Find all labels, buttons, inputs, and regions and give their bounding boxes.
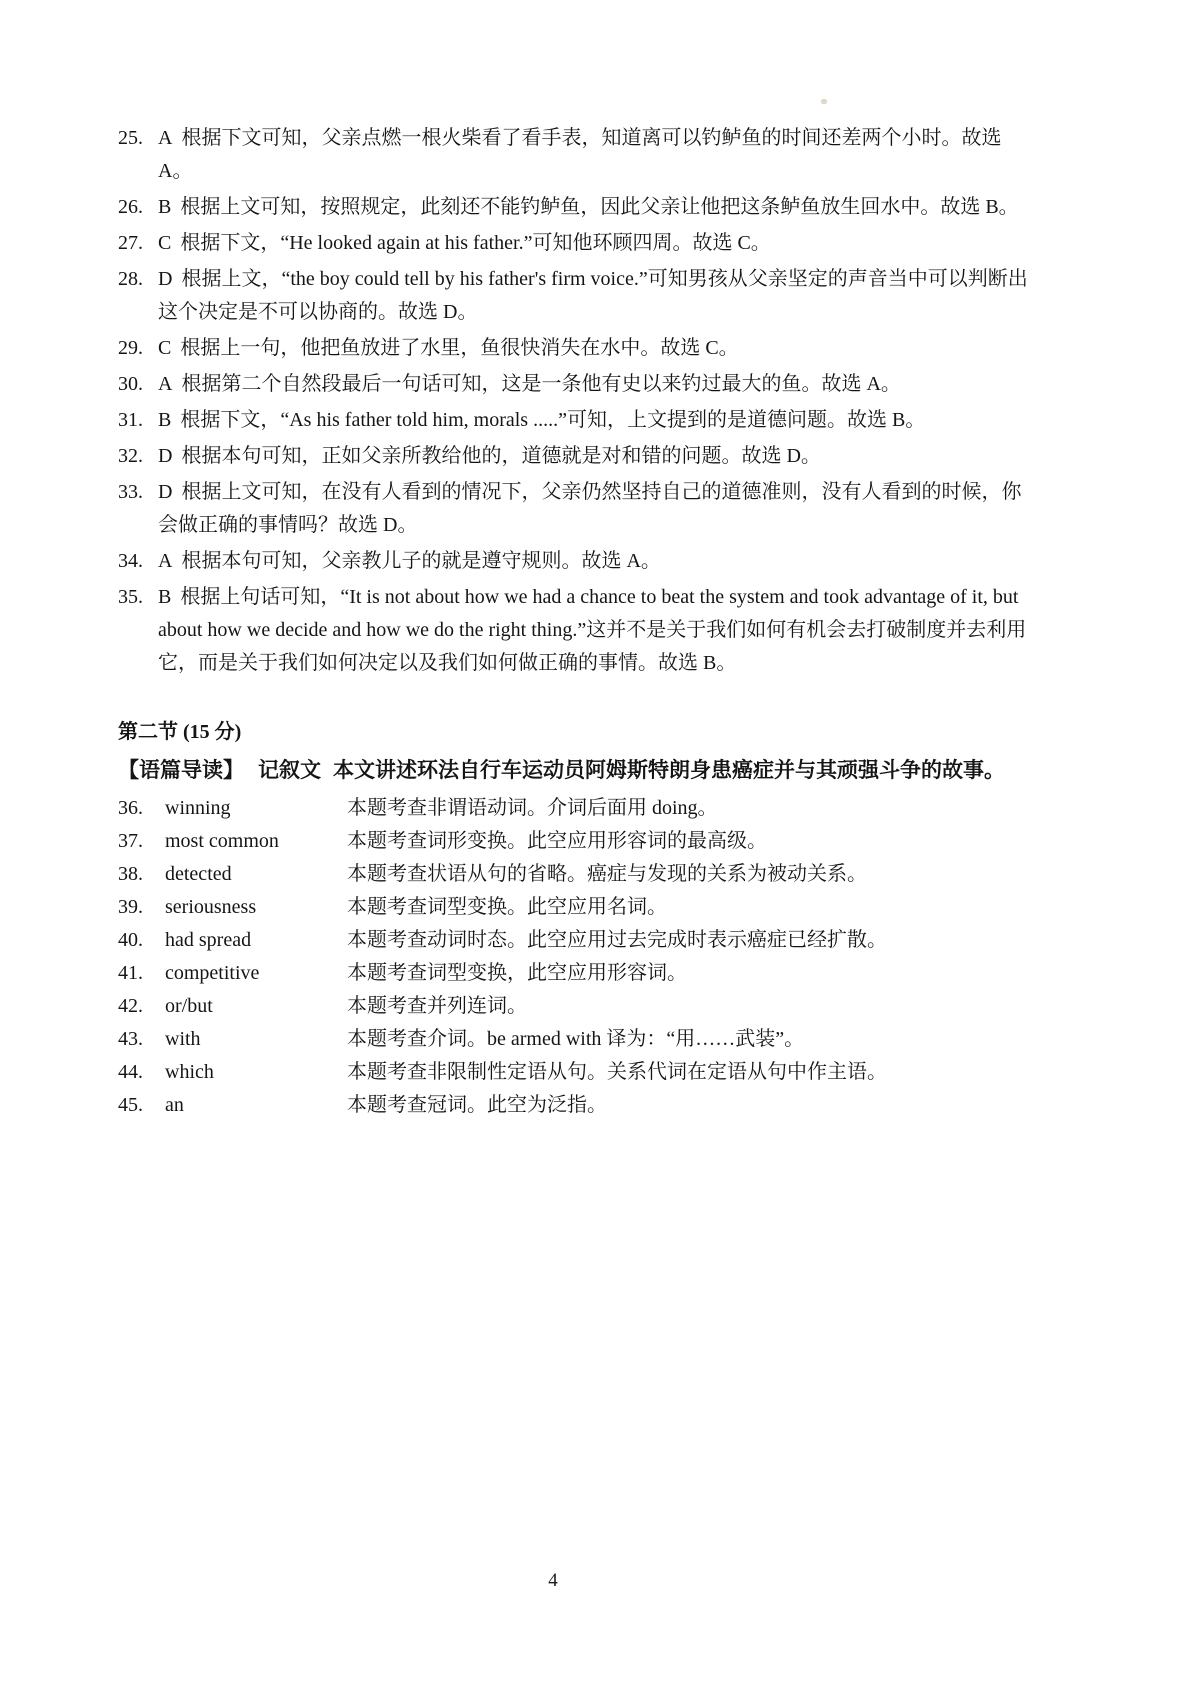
answer-item: 32.D根据本句可知，正如父亲所教给他的，道德就是对和错的问题。故选 D。 [118, 440, 1032, 473]
answer-item: 36.winning本题考查非谓语动词。介词后面用 doing。 [118, 792, 1032, 825]
answer-word: most common [165, 825, 347, 858]
item-explanation: 根据下文，“He looked again at his father.”可知他… [180, 232, 770, 254]
item-number: 33. [118, 476, 158, 542]
answer-letter: B [158, 196, 171, 218]
answer-letter: C [158, 337, 171, 359]
item-number: 31. [118, 404, 158, 437]
item-number: 29. [118, 332, 158, 365]
answer-letter: A [158, 550, 172, 572]
answer-letter: B [158, 586, 171, 608]
item-number: 37. [118, 825, 165, 858]
answer-letter: D [158, 268, 172, 290]
item-body: B根据上文可知，按照规定，此刻还不能钓鲈鱼，因此父亲让他把这条鲈鱼放生回水中。故… [158, 191, 1032, 224]
item-body: C根据下文，“He looked again at his father.”可知… [158, 227, 1032, 260]
intro-summary: 本文讲述环法自行车运动员阿姆斯特朗身患癌症并与其顽强斗争的故事。 [333, 758, 1005, 782]
item-explanation: 本题考查介词。be armed with 译为：“用……武装”。 [347, 1023, 1032, 1056]
answer-item: 43.with本题考查介词。be armed with 译为：“用……武装”。 [118, 1023, 1032, 1056]
item-body: B根据上句话可知，“It is not about how we had a c… [158, 581, 1032, 680]
item-number: 28. [118, 263, 158, 329]
item-body: A根据第二个自然段最后一句话可知，这是一条他有史以来钓过最大的鱼。故选 A。 [158, 368, 1032, 401]
scan-artifact [821, 99, 827, 104]
item-body: D根据上文，“the boy could tell by his father'… [158, 263, 1032, 329]
item-explanation: 本题考查动词时态。此空应用过去完成时表示癌症已经扩散。 [347, 924, 1032, 957]
item-explanation: 根据第二个自然段最后一句话可知，这是一条他有史以来钓过最大的鱼。故选 A。 [181, 373, 900, 395]
intro-tag: 【语篇导读】 [118, 758, 244, 782]
answer-list-grammar: 36.winning本题考查非谓语动词。介词后面用 doing。37.most … [118, 792, 1032, 1122]
answer-letter: D [158, 481, 172, 503]
item-explanation: 本题考查词型变换，此空应用形容词。 [347, 957, 1032, 990]
item-body: D根据本句可知，正如父亲所教给他的，道德就是对和错的问题。故选 D。 [158, 440, 1032, 473]
answer-item: 39.seriousness本题考查词型变换。此空应用名词。 [118, 891, 1032, 924]
item-explanation: 本题考查非谓语动词。介词后面用 doing。 [347, 792, 1032, 825]
item-body: B根据下文，“As his father told him, morals ..… [158, 404, 1032, 437]
item-number: 25. [118, 122, 158, 188]
answer-word: with [165, 1023, 347, 1056]
answer-item: 38.detected本题考查状语从句的省略。癌症与发现的关系为被动关系。 [118, 858, 1032, 891]
item-number: 26. [118, 191, 158, 224]
answer-item: 42.or/but本题考查并列连词。 [118, 990, 1032, 1023]
item-number: 38. [118, 858, 165, 891]
item-explanation: 根据上文可知，在没有人看到的情况下，父亲仍然坚持自己的道德准则，没有人看到的时候… [158, 481, 1021, 536]
answer-item: 45.an本题考查冠词。此空为泛指。 [118, 1089, 1032, 1122]
item-body: A根据本句可知，父亲教儿子的就是遵守规则。故选 A。 [158, 545, 1032, 578]
item-explanation: 根据上文可知，按照规定，此刻还不能钓鲈鱼，因此父亲让他把这条鲈鱼放生回水中。故选… [180, 196, 1018, 218]
item-number: 41. [118, 957, 165, 990]
item-explanation: 根据下文，“As his father told him, morals ...… [180, 409, 925, 431]
item-body: A根据下文可知，父亲点燃一根火柴看了看手表，知道离可以钓鲈鱼的时间还差两个小时。… [158, 122, 1032, 188]
item-explanation: 本题考查并列连词。 [347, 990, 1032, 1023]
section2-heading: 第二节 (15 分) [118, 716, 1032, 749]
answer-item: 44.which本题考查非限制性定语从句。关系代词在定语从句中作主语。 [118, 1056, 1032, 1089]
item-number: 43. [118, 1023, 165, 1056]
answer-word: winning [165, 792, 347, 825]
item-number: 44. [118, 1056, 165, 1089]
answer-item: 37.most common本题考查词形变换。此空应用形容词的最高级。 [118, 825, 1032, 858]
answer-word: competitive [165, 957, 347, 990]
answer-word: seriousness [165, 891, 347, 924]
answer-word: or/but [165, 990, 347, 1023]
item-explanation: 根据本句可知，正如父亲所教给他的，道德就是对和错的问题。故选 D。 [181, 445, 820, 467]
item-number: 34. [118, 545, 158, 578]
item-explanation: 本题考查冠词。此空为泛指。 [347, 1089, 1032, 1122]
item-explanation: 本题考查词形变换。此空应用形容词的最高级。 [347, 825, 1032, 858]
answer-item: 28.D根据上文，“the boy could tell by his fath… [118, 263, 1032, 329]
answer-item: 34.A根据本句可知，父亲教儿子的就是遵守规则。故选 A。 [118, 545, 1032, 578]
answer-item: 41.competitive本题考查词型变换，此空应用形容词。 [118, 957, 1032, 990]
answer-item: 29.C根据上一句，他把鱼放进了水里，鱼很快消失在水中。故选 C。 [118, 332, 1032, 365]
item-explanation: 根据上句话可知，“It is not about how we had a ch… [158, 586, 1026, 674]
item-explanation: 根据本句可知，父亲教儿子的就是遵守规则。故选 A。 [181, 550, 660, 572]
item-number: 36. [118, 792, 165, 825]
item-number: 35. [118, 581, 158, 680]
answer-item: 31.B根据下文，“As his father told him, morals… [118, 404, 1032, 437]
answer-word: which [165, 1056, 347, 1089]
item-explanation: 本题考查非限制性定语从句。关系代词在定语从句中作主语。 [347, 1056, 1032, 1089]
answer-letter: A [158, 127, 172, 149]
item-explanation: 本题考查词型变换。此空应用名词。 [347, 891, 1032, 924]
answer-letter: A [158, 373, 172, 395]
answer-letter: D [158, 445, 172, 467]
item-body: D根据上文可知，在没有人看到的情况下，父亲仍然坚持自己的道德准则，没有人看到的时… [158, 476, 1032, 542]
item-explanation: 本题考查状语从句的省略。癌症与发现的关系为被动关系。 [347, 858, 1032, 891]
answer-item: 25.A根据下文可知，父亲点燃一根火柴看了看手表，知道离可以钓鲈鱼的时间还差两个… [118, 122, 1032, 188]
item-body: C根据上一句，他把鱼放进了水里，鱼很快消失在水中。故选 C。 [158, 332, 1032, 365]
answer-item: 26.B根据上文可知，按照规定，此刻还不能钓鲈鱼，因此父亲让他把这条鲈鱼放生回水… [118, 191, 1032, 224]
answer-word: detected [165, 858, 347, 891]
item-number: 32. [118, 440, 158, 473]
item-explanation: 根据上一句，他把鱼放进了水里，鱼很快消失在水中。故选 C。 [180, 337, 738, 359]
page-number: 4 [0, 1568, 1106, 1594]
item-number: 45. [118, 1089, 165, 1122]
answer-item: 40.had spread本题考查动词时态。此空应用过去完成时表示癌症已经扩散。 [118, 924, 1032, 957]
answer-letter: C [158, 232, 171, 254]
answer-word: had spread [165, 924, 347, 957]
item-number: 39. [118, 891, 165, 924]
answer-list-cloze: 25.A根据下文可知，父亲点燃一根火柴看了看手表，知道离可以钓鲈鱼的时间还差两个… [118, 122, 1032, 680]
answer-item: 27.C根据下文，“He looked again at his father.… [118, 227, 1032, 260]
answer-item: 35.B根据上句话可知，“It is not about how we had … [118, 581, 1032, 680]
item-explanation: 根据上文，“the boy could tell by his father's… [158, 268, 1028, 323]
item-number: 42. [118, 990, 165, 1023]
item-explanation: 根据下文可知，父亲点燃一根火柴看了看手表，知道离可以钓鲈鱼的时间还差两个小时。故… [158, 127, 1001, 182]
passage-intro: 【语篇导读】记叙文本文讲述环法自行车运动员阿姆斯特朗身患癌症并与其顽强斗争的故事… [118, 754, 1032, 787]
item-number: 30. [118, 368, 158, 401]
document-page: 25.A根据下文可知，父亲点燃一根火柴看了看手表，知道离可以钓鲈鱼的时间还差两个… [0, 0, 1200, 1698]
item-number: 27. [118, 227, 158, 260]
page-content: 25.A根据下文可知，父亲点燃一根火柴看了看手表，知道离可以钓鲈鱼的时间还差两个… [118, 122, 1032, 1122]
item-number: 40. [118, 924, 165, 957]
answer-letter: B [158, 409, 171, 431]
answer-item: 30.A根据第二个自然段最后一句话可知，这是一条他有史以来钓过最大的鱼。故选 A… [118, 368, 1032, 401]
answer-word: an [165, 1089, 347, 1122]
answer-item: 33.D根据上文可知，在没有人看到的情况下，父亲仍然坚持自己的道德准则，没有人看… [118, 476, 1032, 542]
intro-genre: 记叙文 [258, 758, 321, 782]
